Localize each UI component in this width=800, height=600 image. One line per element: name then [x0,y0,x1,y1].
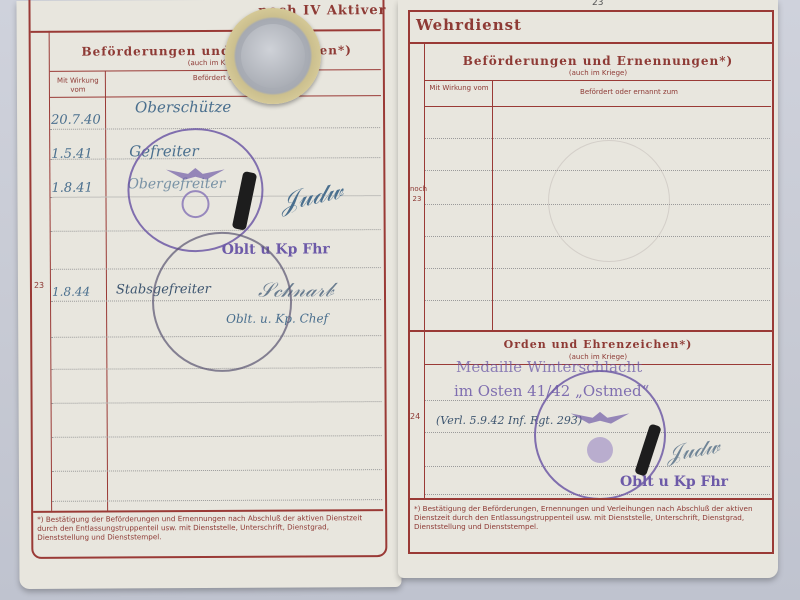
wreath-icon [181,190,209,218]
right-page-number: 23 [592,0,603,8]
awards-title: Orden und Ehrenzeichen*) [428,338,768,351]
entry-date-1: 20.7.40 [51,113,101,128]
entry-date-4: 1.8.44 [52,285,90,299]
divider [410,498,772,500]
left-footnote: *) Bestätigung der Beförderungen und Ern… [37,513,381,542]
watermark-emblem [548,140,670,262]
ruled-line [425,300,770,301]
eagle-icon [156,164,235,186]
right-row-number-2: 24 [410,412,420,421]
divider [425,80,771,81]
left-section-subtitle: (auch im Kriege) [57,58,377,68]
right-col-date-header: Mit Wirkung vom [428,84,490,93]
right-section-subtitle: (auch im Kriege) [428,69,768,77]
entry-date-3: 1.8.41 [51,181,92,196]
left-section-title: Beförderungen und Ernennungen*) [57,43,377,59]
wreath-icon [587,437,613,463]
right-section-title: Beförderungen und Ernennungen*) [428,54,768,68]
divider [492,80,493,330]
divider [424,44,425,498]
left-row-number: 23 [34,281,44,290]
official-stamp-2 [152,232,293,373]
right-footnote: *) Bestätigung der Beförderungen, Ernenn… [414,504,768,531]
right-header-title: Wehrdienst [416,16,522,34]
right-page: 23 Wehrdienst Beförderungen und Ernennun… [398,0,778,578]
right-row-number-1: noch 23 [410,184,424,204]
entry-date-2: 1.5.41 [51,147,92,162]
entry-rank-1: Oberschütze [135,98,231,117]
coin-object [225,8,321,104]
ruled-line [425,138,770,139]
right-col-rank-header: Befördert oder ernannt zum [494,88,764,96]
divider [410,42,772,44]
divider [425,106,771,107]
divider [410,330,772,332]
left-col-date-header: Mit Wirkung vom [53,77,103,95]
ruled-line [425,268,770,269]
left-page: noch IV Aktiver Beförderungen und Ernenn… [16,0,401,589]
eagle-icon [562,409,639,431]
award-signature-title: Oblt u Kp Fhr [620,474,728,490]
coin-center [241,24,305,88]
